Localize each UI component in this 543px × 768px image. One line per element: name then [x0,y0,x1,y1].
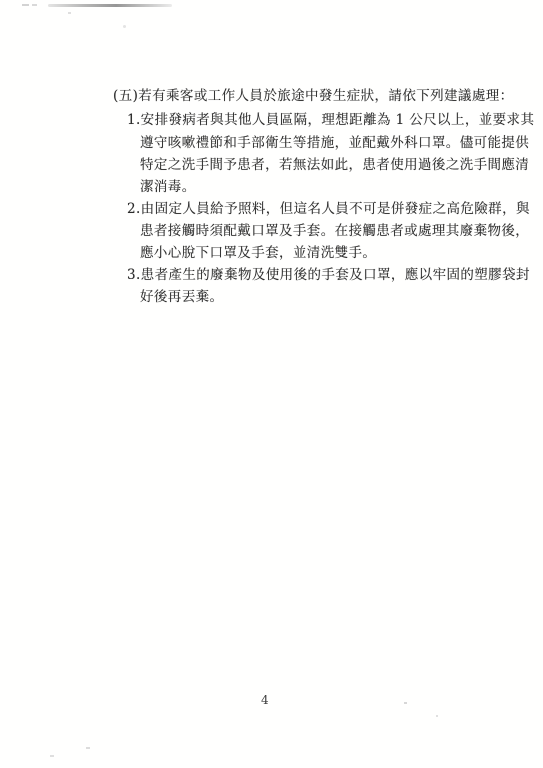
list-item-1-line-1: 1.安排發病者與其他人員區隔，理想距離為 1 公尺以上，並要求其 [127,112,534,128]
list-item-1-line-4: 潔消毒。 [140,179,196,195]
list-item-2-line-2: 患者接觸時須配戴口罩及手套。在接觸患者或處理其廢棄物後， [140,223,529,239]
scan-artifact-speck [404,702,407,704]
scan-artifact-speck [86,747,90,749]
document-page: (五)若有乘客或工作人員於旅途中發生症狀，請依下列建議處理： 1.安排發病者與其… [0,0,543,768]
scan-artifact-speck [436,715,438,717]
list-item-1-line-2: 遵守咳嗽禮節和手部衛生等措施，並配戴外科口罩。儘可能提供 [140,135,529,151]
section-heading: (五)若有乘客或工作人員於旅途中發生症狀，請依下列建議處理： [113,88,514,104]
scan-artifact-dash [32,4,37,6]
scan-artifact-dash [22,4,29,6]
list-item-2-line-3: 應小心脫下口罩及手套，並清洗雙手。 [140,245,376,261]
list-item-2-line-1: 2.由固定人員給予照料，但這名人員不可是併發症之高危險群，與 [127,201,530,217]
list-item-3-line-2: 好後再丟棄。 [140,289,223,305]
scan-artifact-speck [123,25,126,28]
scan-artifact-streak [48,4,172,7]
list-item-3-line-1: 3.患者產生的廢棄物及使用後的手套及口罩，應以牢固的塑膠袋封 [127,267,530,283]
scan-artifact-speck [68,12,71,14]
page-number: 4 [261,693,269,707]
list-item-1-line-3: 特定之洗手間予患者，若無法如此，患者使用過後之洗手間應清 [140,157,529,173]
scan-artifact-speck [50,755,54,757]
